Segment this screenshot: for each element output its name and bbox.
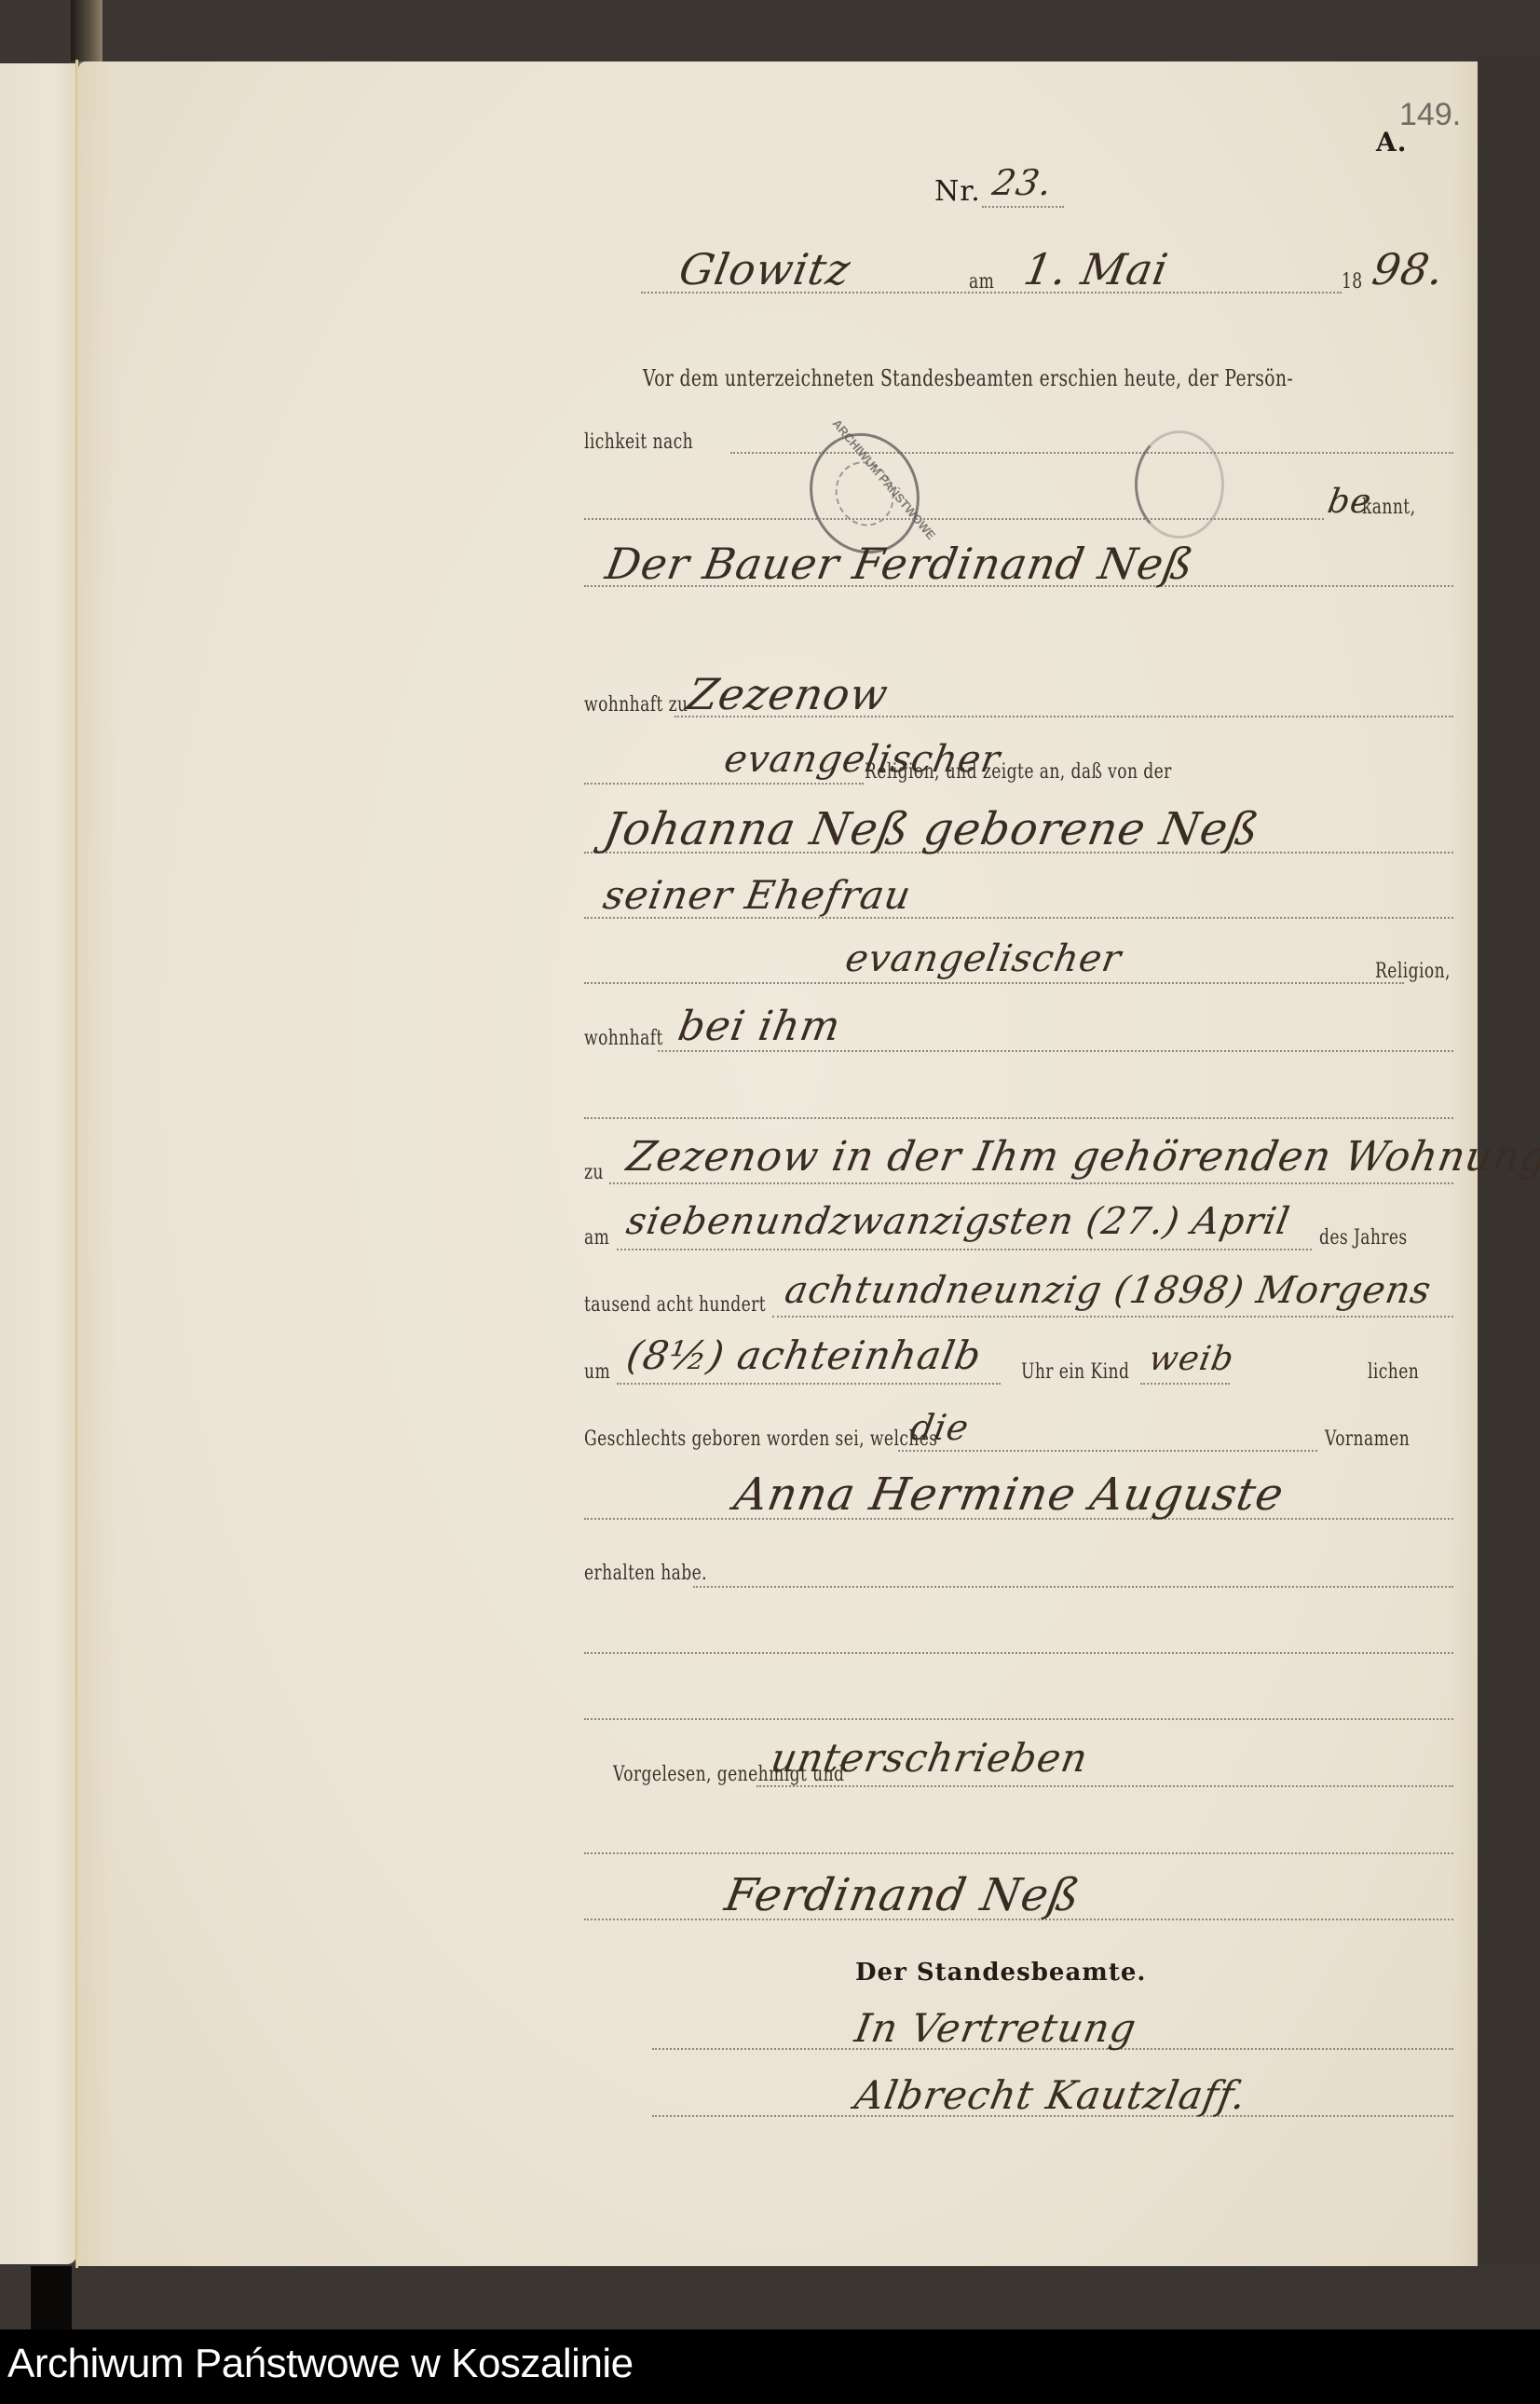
mother-name: Johanna Neß geborene Neß [600,803,1263,855]
um-value: (8½) achteinhalb [623,1332,985,1378]
declarant-value: Der Bauer Ferdinand Neß [602,539,1198,589]
record-number-value: 23. [989,162,1056,203]
religion2-line [584,982,1404,984]
am-date-line [617,1249,1312,1250]
document-page: 149. A. Nr. 23. Glowitz am 1. Mai 18 98.… [78,61,1478,2266]
page-number: 149. [1399,97,1461,133]
die-value: die [907,1407,973,1448]
signature-official: Albrecht Kautzlaff. [852,2072,1250,2118]
wohnhaft-zu-value: Zezenow [684,669,893,719]
am-date-value: siebenundzwanzigsten (27.) April [623,1200,1293,1243]
signature-declarant: Ferdinand Neß [721,1869,1084,1921]
archive-name: Archiwum Państwowe w Koszalinie [7,2341,634,2387]
lichkeit-label: lichkeit nach [584,430,693,454]
record-number-label: Nr. [934,175,981,208]
blank-line-1 [584,1117,1453,1119]
um-line [617,1383,1001,1385]
geschlechts-label: Geschlechts geboren worden sei, welches [584,1427,938,1451]
zu-label: zu [584,1161,604,1184]
religion2-value: evangelischer [842,937,1124,980]
vorgelesen-value: unterschrieben [768,1735,1092,1781]
book-spine-top [71,0,102,61]
erhalten-label: erhalten habe. [584,1562,707,1585]
year-suffix: 98. [1369,244,1449,294]
child-names: Anna Hermine Auguste [730,1468,1288,1521]
religion1-line [584,783,864,785]
blank-line-4 [584,1852,1453,1854]
standesbeamte-label: Der Standesbeamte. [855,1959,1146,1987]
am-label: am [969,270,994,294]
vornamen-label: Vornamen [1325,1427,1410,1451]
vorgelesen-line [756,1785,1453,1787]
year-prefix: 18 [1342,270,1363,294]
uhr-label: Uhr ein Kind [1021,1360,1129,1384]
geschlechts-line [898,1450,1317,1452]
date-value: 1. Mai [1020,244,1172,294]
vertretung-text: In Vertretung [852,2005,1140,2051]
tausend-label: tausend acht hundert [584,1293,766,1317]
footer-bar: Archiwum Państwowe w Koszalinie [0,2329,1540,2404]
bekannt-line [584,518,1324,520]
scan-background-bottom [0,2264,1540,2329]
archive-stamp-right [1135,430,1224,539]
des-jahres-label: des Jahres [1319,1226,1408,1250]
zu-line [609,1182,1453,1184]
tausend-value: achtundneunzig (1898) Morgens [782,1269,1435,1312]
form-letter: A. [1376,127,1407,157]
sex-line [1140,1383,1230,1385]
scan-background-right [1478,56,1540,2329]
wohnhaft-value: bei ihm [675,1003,844,1050]
sex-value: weib [1146,1340,1237,1378]
blank-line-3 [584,1718,1453,1720]
erhalten-line [693,1586,1453,1588]
um-label: um [584,1360,610,1384]
wohnhaft-zu-label: wohnhaft zu [584,693,688,717]
scan-background-top [0,0,1540,63]
religion2-text: Religion, [1375,960,1451,983]
wohnhaft-line [658,1050,1453,1052]
left-page-edge [0,63,76,2264]
blank-line-2 [584,1652,1453,1654]
intro-text: Vor dem unterzeichneten Standesbeamten e… [643,365,1293,391]
religion1-text: Religion, und zeigte an, daß von der [865,760,1172,784]
lichen-label: lichen [1368,1360,1419,1384]
tausend-line [772,1316,1453,1318]
record-number-line [982,206,1064,208]
wohnhaft-label: wohnhaft [584,1027,663,1050]
mother-relation: seiner Ehefrau [600,872,915,918]
am-date-label: am [584,1226,609,1250]
place-value: Glowitz [675,244,854,294]
book-spine-bottom [31,2266,72,2329]
zu-value: Zezenow in der Ihm gehörenden Wohnung [623,1133,1540,1181]
bekannt-print: kannt, [1362,496,1415,519]
